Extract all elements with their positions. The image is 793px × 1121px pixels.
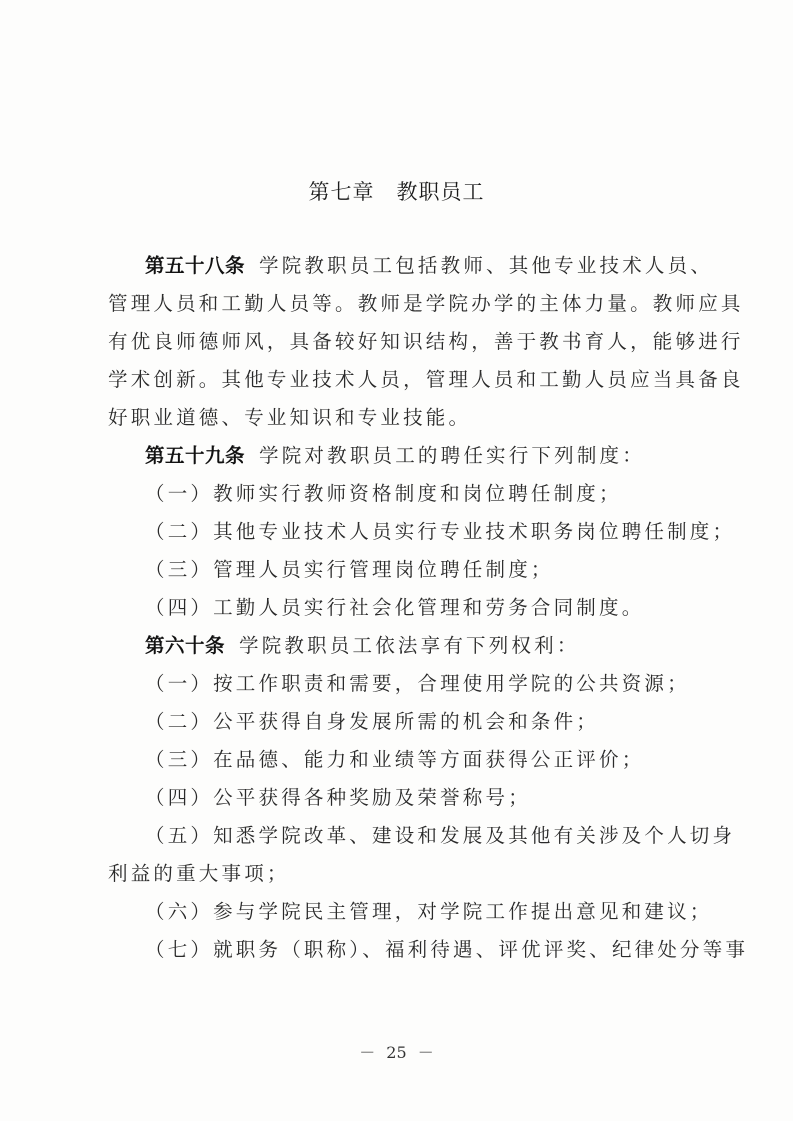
article-58-line-1: 第五十八条学院教职员工包括教师、其他专业技术人员、 (145, 254, 755, 278)
article-58-line-5: 好职业道德、专业知识和专业技能。 (108, 406, 718, 430)
page-number: － 25 － (0, 1040, 793, 1063)
article-58-text: 学院教职员工包括教师、其他专业技术人员、 (259, 254, 713, 277)
article-59-item-2: （二）其他专业技术人员实行专业技术职务岗位聘任制度； (145, 520, 755, 544)
article-60-item-7: （七）就职务（职称）、福利待遇、评优评奖、纪律处分等事 (145, 938, 755, 962)
article-60-item-1: （一）按工作职责和需要，合理使用学院的公共资源； (145, 672, 755, 696)
article-60-item-5-cont: 利益的重大事项； (108, 862, 718, 886)
article-60-item-3: （三）在品德、能力和业绩等方面获得公正评价； (145, 748, 755, 772)
article-60-item-2: （二）公平获得自身发展所需的机会和条件； (145, 710, 755, 734)
article-60-item-5: （五）知悉学院改革、建设和发展及其他有关涉及个人切身 (145, 824, 755, 848)
article-59-item-4: （四）工勤人员实行社会化管理和劳务合同制度。 (145, 596, 755, 620)
document-page: 第七章 教职员工 第五十八条学院教职员工包括教师、其他专业技术人员、 管理人员和… (0, 0, 793, 1121)
article-59-item-1: （一）教师实行教师资格制度和岗位聘任制度； (145, 482, 755, 506)
article-58-line-2: 管理人员和工勤人员等。教师是学院办学的主体力量。教师应具 (108, 292, 718, 316)
article-60-line-1: 第六十条学院教职员工依法享有下列权利： (145, 634, 755, 658)
chapter-title: 第七章 教职员工 (0, 176, 793, 206)
article-58-line-3: 有优良师德师风，具备较好知识结构，善于教书育人，能够进行 (108, 330, 718, 354)
article-60-item-6: （六）参与学院民主管理，对学院工作提出意见和建议； (145, 900, 755, 924)
article-60-text: 学院教职员工依法享有下列权利： (239, 634, 580, 657)
article-59-text: 学院对教职员工的聘任实行下列制度： (259, 444, 645, 467)
article-60-head: 第六十条 (145, 634, 225, 657)
article-58-line-4: 学术创新。其他专业技术人员，管理人员和工勤人员应当具备良 (108, 368, 718, 392)
article-60-item-4: （四）公平获得各种奖励及荣誉称号； (145, 786, 755, 810)
article-58-head: 第五十八条 (145, 254, 245, 277)
article-59-head: 第五十九条 (145, 444, 245, 467)
article-59-line-1: 第五十九条学院对教职员工的聘任实行下列制度： (145, 444, 755, 468)
article-59-item-3: （三）管理人员实行管理岗位聘任制度； (145, 558, 755, 582)
